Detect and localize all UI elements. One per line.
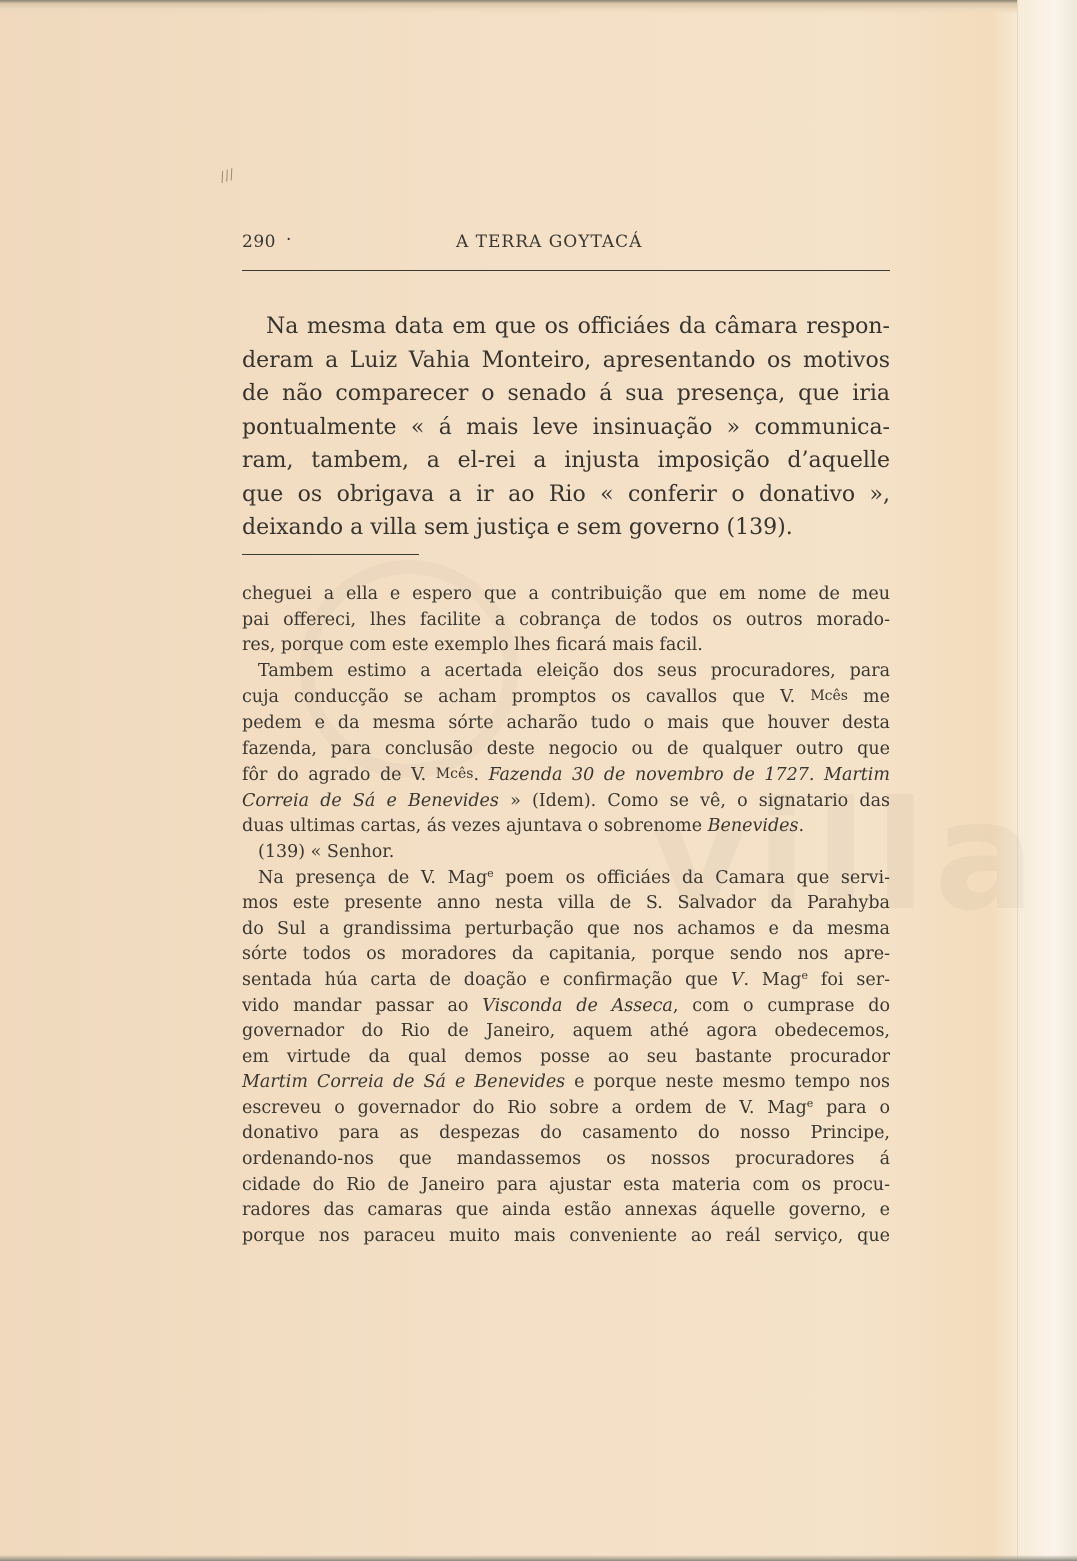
footnote-line: donativo para as despezas do casamento d… (242, 1121, 890, 1147)
footnote-line: res, porque com este exemplo lhes ficará… (242, 633, 890, 659)
text-run: escreveu o governador do Rio sobre a ord… (242, 1098, 807, 1118)
text-line: de não comparecer o senado á sua presenç… (242, 377, 890, 411)
text-run: para o (813, 1098, 890, 1118)
footnote-line: pai offereci, lhes facilite a cobrança d… (242, 608, 890, 634)
footnote-line: Tambem estimo a acertada eleição dos seu… (242, 659, 890, 685)
header-rule (242, 270, 890, 271)
footnote-line: pedem e da mesma sórte acharão tudo o ma… (242, 711, 890, 737)
footnotes: cheguei a ella e espero que a contribuiç… (242, 582, 890, 1249)
text-line: Na mesma data em que os officiáes da câm… (242, 310, 890, 344)
footnote-line: Martim Correia de Sá e Benevides e porqu… (242, 1070, 890, 1096)
footnote-marker-line: (139) « Senhor. (242, 840, 890, 866)
text-run: sentada húa carta de doação e confirmaçã… (242, 970, 731, 990)
running-head: 290 · A TERRA GOYTACÁ (242, 230, 890, 260)
italic-text: Visconda de Asseca (482, 996, 673, 1016)
footnote-line: ordenando-nos que mandassemos os nossos … (242, 1147, 890, 1173)
footnote-line: governador do Rio de Janeiro, aquem athé… (242, 1019, 890, 1045)
footnote-line: em virtude da qual demos posse ao seu ba… (242, 1045, 890, 1071)
text-run: , com o cumprase do (673, 996, 890, 1016)
running-title: A TERRA GOYTACÁ (456, 232, 642, 252)
footnote-line: Na presença de V. Mage poem os officiáes… (242, 866, 890, 892)
text-run: foi ser- (808, 970, 890, 990)
text-run: me (848, 687, 890, 707)
text-run: duas ultimas cartas, ás vezes ajuntava o… (242, 816, 708, 836)
text-run: Na presença de V. Mag (258, 868, 487, 888)
italic-text: Correia de Sá e Benevides (242, 791, 499, 811)
text-line: deixando a villa sem justiça e sem gover… (242, 511, 890, 545)
footnote-line: radores das camaras que ainda estão anne… (242, 1198, 890, 1224)
footnote-line: fazenda, para conclusão deste negocio ou… (242, 737, 890, 763)
italic-text: Fazenda 30 de novembro de 1727. Martim (489, 765, 890, 785)
italic-text: Benevides (708, 816, 799, 836)
italic-text: Martim Correia de Sá e Benevides (242, 1072, 565, 1092)
italic-text: V (731, 970, 744, 990)
footnote-line: vido mandar passar ao Visconda de Asseca… (242, 994, 890, 1020)
footnote-line: cuja conducção se acham promptos os cava… (242, 684, 890, 711)
page-number: 290 (242, 232, 276, 252)
footnote-line: cidade do Rio de Janeiro para ajustar es… (242, 1173, 890, 1199)
text-run: fôr do agrado de V. (242, 765, 436, 785)
footnote-line: cheguei a ella e espero que a contribuiç… (242, 582, 890, 608)
footnote-line: Correia de Sá e Benevides » (Idem). Como… (242, 789, 890, 815)
footnote-line: mos este presente anno nesta villa de S.… (242, 891, 890, 917)
abbreviation: Mcês (436, 766, 474, 782)
pen-mark: /// (218, 166, 236, 185)
book-page: villa /// 290 · A TERRA GOYTACÁ Na mesma… (0, 0, 1077, 1561)
footnote-line: porque nos paraceu muito mais convenient… (242, 1224, 890, 1250)
header-separator: · (286, 230, 292, 250)
text-run: cuja conducção se acham promptos os cava… (242, 687, 810, 707)
text-run: . (799, 816, 805, 836)
text-line: deram a Luiz Vahia Monteiro, apresentand… (242, 344, 890, 378)
text-line: que os obrigava a ir ao Rio « conferir o… (242, 478, 890, 512)
page-bottom-edge (0, 1555, 1077, 1561)
footnote-line: sentada húa carta de doação e confirmaçã… (242, 968, 890, 994)
text-run: » (Idem). Como se vê, o signatario das (499, 791, 890, 811)
footnote-line: fôr do agrado de V. Mcês. Fazenda 30 de … (242, 762, 890, 789)
footnote-rule (242, 554, 419, 555)
text-run: . (473, 765, 488, 785)
text-run: vido mandar passar ao (242, 996, 482, 1016)
text-run: poem os officiáes da Camara que servi- (494, 868, 890, 888)
abbreviation: Mcês (810, 688, 848, 704)
footnote-line: duas ultimas cartas, ás vezes ajuntava o… (242, 814, 890, 840)
text-run: e porque neste mesmo tempo nos (565, 1072, 890, 1092)
text-run: . Mag (744, 970, 802, 990)
page-top-edge (0, 0, 1077, 14)
footnote-line: sórte todos os moradores da capitania, p… (242, 942, 890, 968)
footnote-line: escreveu o governador do Rio sobre a ord… (242, 1096, 890, 1122)
text-line: ram, tambem, a el-rei a injusta imposiçã… (242, 444, 890, 478)
footnote-line: do Sul a grandissima perturbação que nos… (242, 917, 890, 943)
main-paragraph: Na mesma data em que os officiáes da câm… (242, 310, 890, 545)
text-line: pontualmente « á mais leve insinuação » … (242, 411, 890, 445)
